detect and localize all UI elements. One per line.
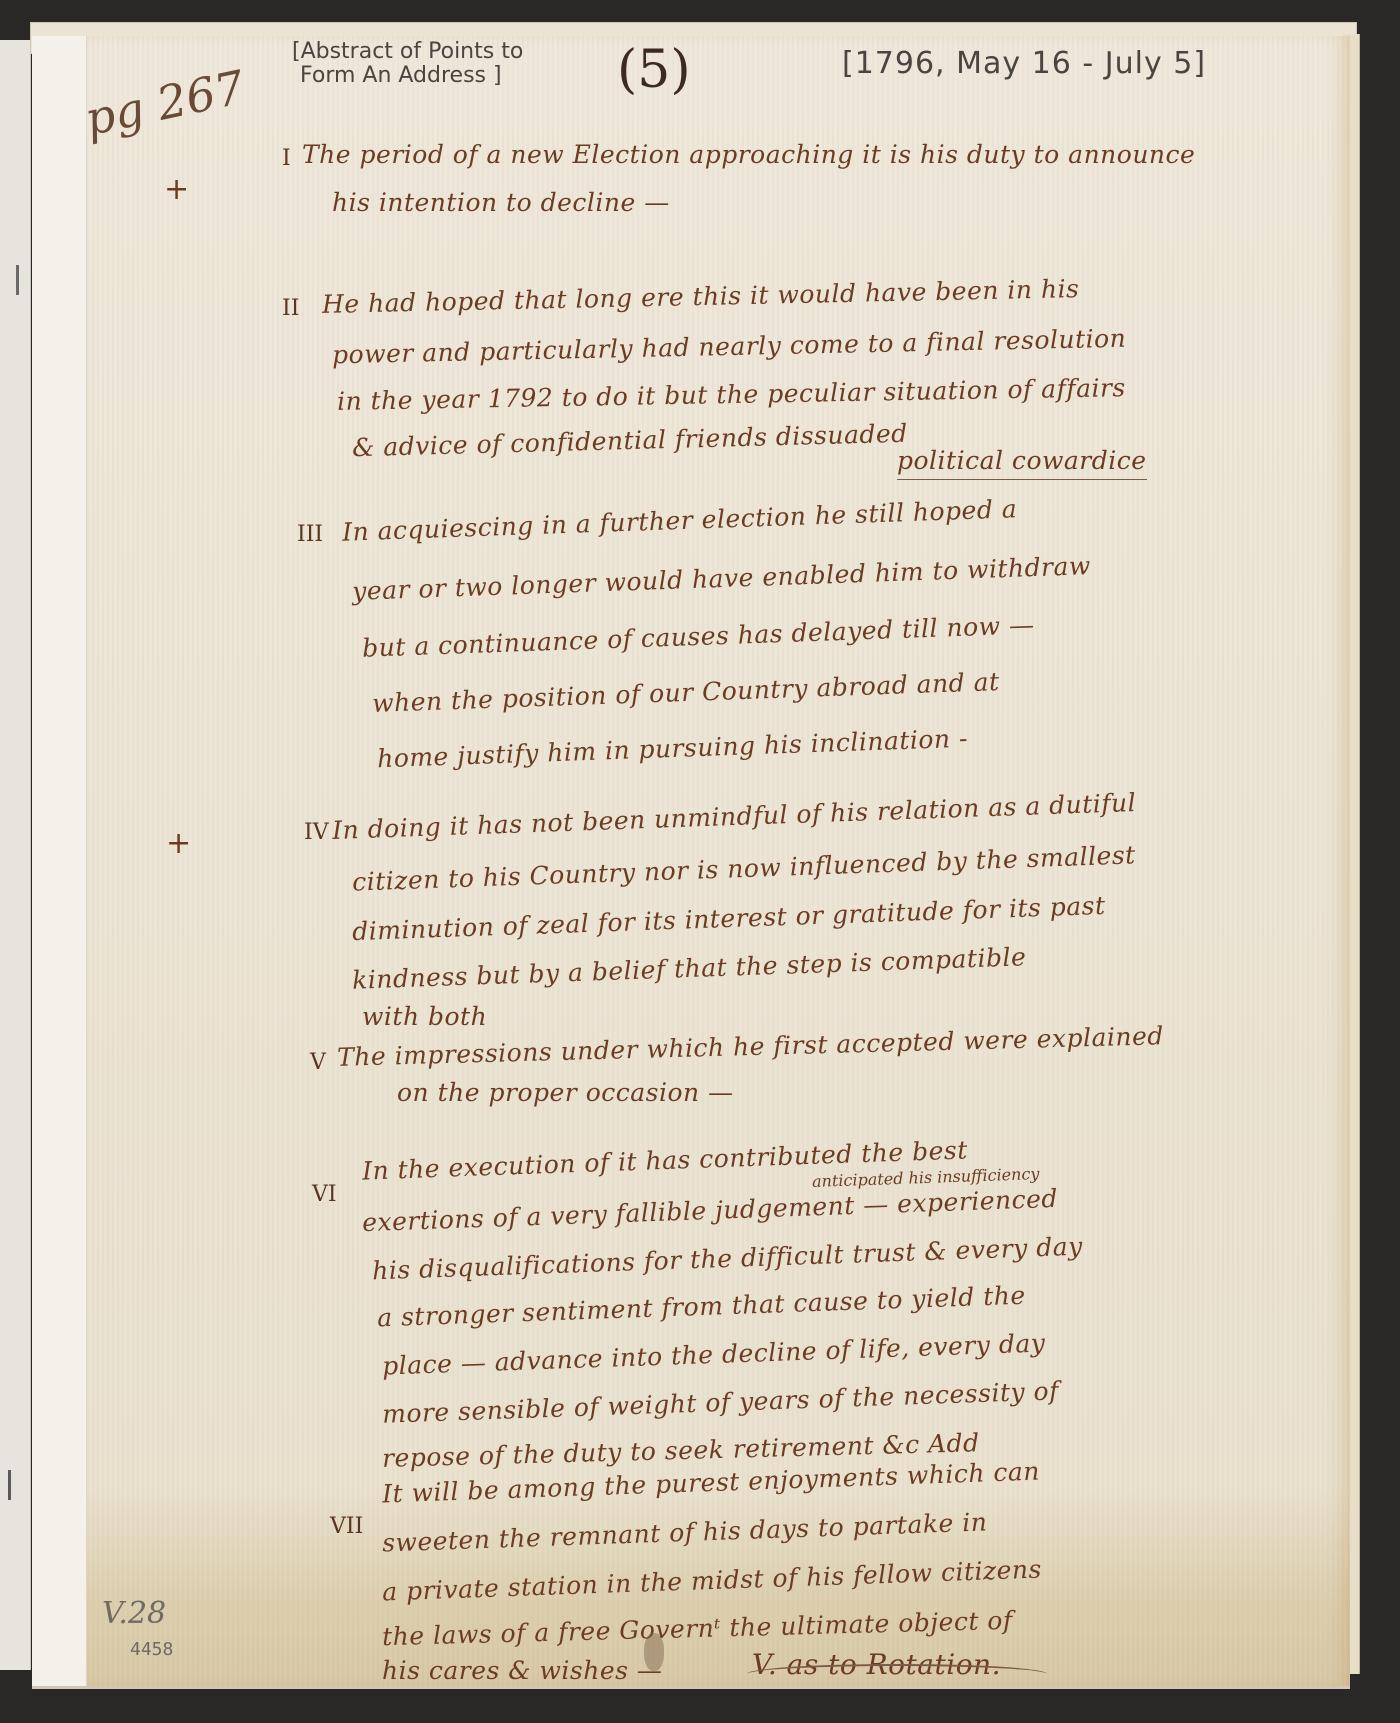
- manuscript-line: The period of a new Election approaching…: [302, 140, 1195, 169]
- margin-annotation: political cowardice: [897, 446, 1147, 480]
- manuscript-line: more sensible of weight of years of the …: [382, 1376, 1060, 1429]
- ink-stain: [644, 1633, 664, 1671]
- catalog-number-mark: 4458: [130, 1639, 173, 1660]
- catalog-volume-mark: V.28: [102, 1596, 166, 1631]
- manuscript-line: sweeten the remnant of his days to parta…: [382, 1507, 988, 1557]
- manuscript-line: his disqualifications for the difficult …: [372, 1232, 1083, 1286]
- underlying-leaf-left: [0, 40, 31, 1670]
- closing-note-flourish: [747, 1664, 1047, 1684]
- manuscript-line: with both: [362, 1002, 487, 1031]
- manuscript-line: in the year 1792 to do it but the peculi…: [337, 373, 1126, 416]
- manuscript-line: exertions of a very fallible judgement —…: [362, 1184, 1059, 1237]
- manuscript-line: his intention to decline —: [332, 188, 670, 217]
- manuscript-line: kindness but by a belief that the step i…: [352, 942, 1027, 995]
- manuscript-line: a stronger sentiment from that cause to …: [377, 1281, 1026, 1333]
- archival-title-note: [Abstract of Points to Form An Address ]: [292, 40, 523, 88]
- section-numeral: IV: [304, 820, 329, 845]
- folio-reference: pg 267: [80, 60, 249, 146]
- manuscript-line: place — advance into the decline of life…: [382, 1328, 1046, 1380]
- manuscript-line: diminution of zeal for its interest or g…: [352, 891, 1106, 946]
- manuscript-line: a private station in the midst of his fe…: [382, 1554, 1043, 1606]
- archival-title-line: [Abstract of Points to: [292, 40, 523, 64]
- section-numeral: I: [282, 146, 291, 171]
- manuscript-line: In acquiescing in a further election he …: [342, 494, 1018, 547]
- mounting-strip: [32, 36, 87, 1686]
- page-number: (5): [617, 40, 691, 100]
- margin-cross-mark: +: [164, 172, 189, 207]
- manuscript-line: but a continuance of causes has delayed …: [362, 610, 1035, 662]
- manuscript-line: the laws of a free Governᵗ the ultimate …: [382, 1606, 1013, 1652]
- leaf-edge-mark: [8, 1470, 11, 1500]
- manuscript-page: pg 267 [Abstract of Points to Form An Ad…: [32, 36, 1350, 1689]
- section-numeral: VII: [330, 1514, 363, 1539]
- manuscript-line: citizen to his Country nor is now influe…: [352, 840, 1136, 896]
- manuscript-line: his cares & wishes —: [382, 1656, 662, 1685]
- section-numeral: II: [282, 296, 299, 321]
- manuscript-line: on the proper occasion —: [397, 1078, 734, 1107]
- manuscript-line: & advice of confidential friends dissuad…: [352, 419, 908, 463]
- leaf-edge-mark: [16, 265, 19, 295]
- manuscript-line: when the position of our Country abroad …: [372, 667, 1000, 718]
- manuscript-line: In doing it has not been unmindful of hi…: [332, 788, 1137, 845]
- manuscript-line: year or two longer would have enabled hi…: [352, 551, 1092, 606]
- archival-title-line: Form An Address ]: [292, 64, 523, 88]
- manuscript-line: home justify him in pursuing his inclina…: [377, 724, 969, 774]
- section-numeral: V: [310, 1050, 326, 1075]
- section-numeral: III: [297, 522, 323, 547]
- margin-cross-mark: +: [166, 826, 191, 861]
- section-numeral: VI: [312, 1182, 337, 1207]
- manuscript-line: He had hoped that long ere this it would…: [322, 274, 1080, 319]
- manuscript-line: power and particularly had nearly come t…: [332, 324, 1127, 370]
- date-note: [1796, May 16 - July 5]: [842, 46, 1206, 81]
